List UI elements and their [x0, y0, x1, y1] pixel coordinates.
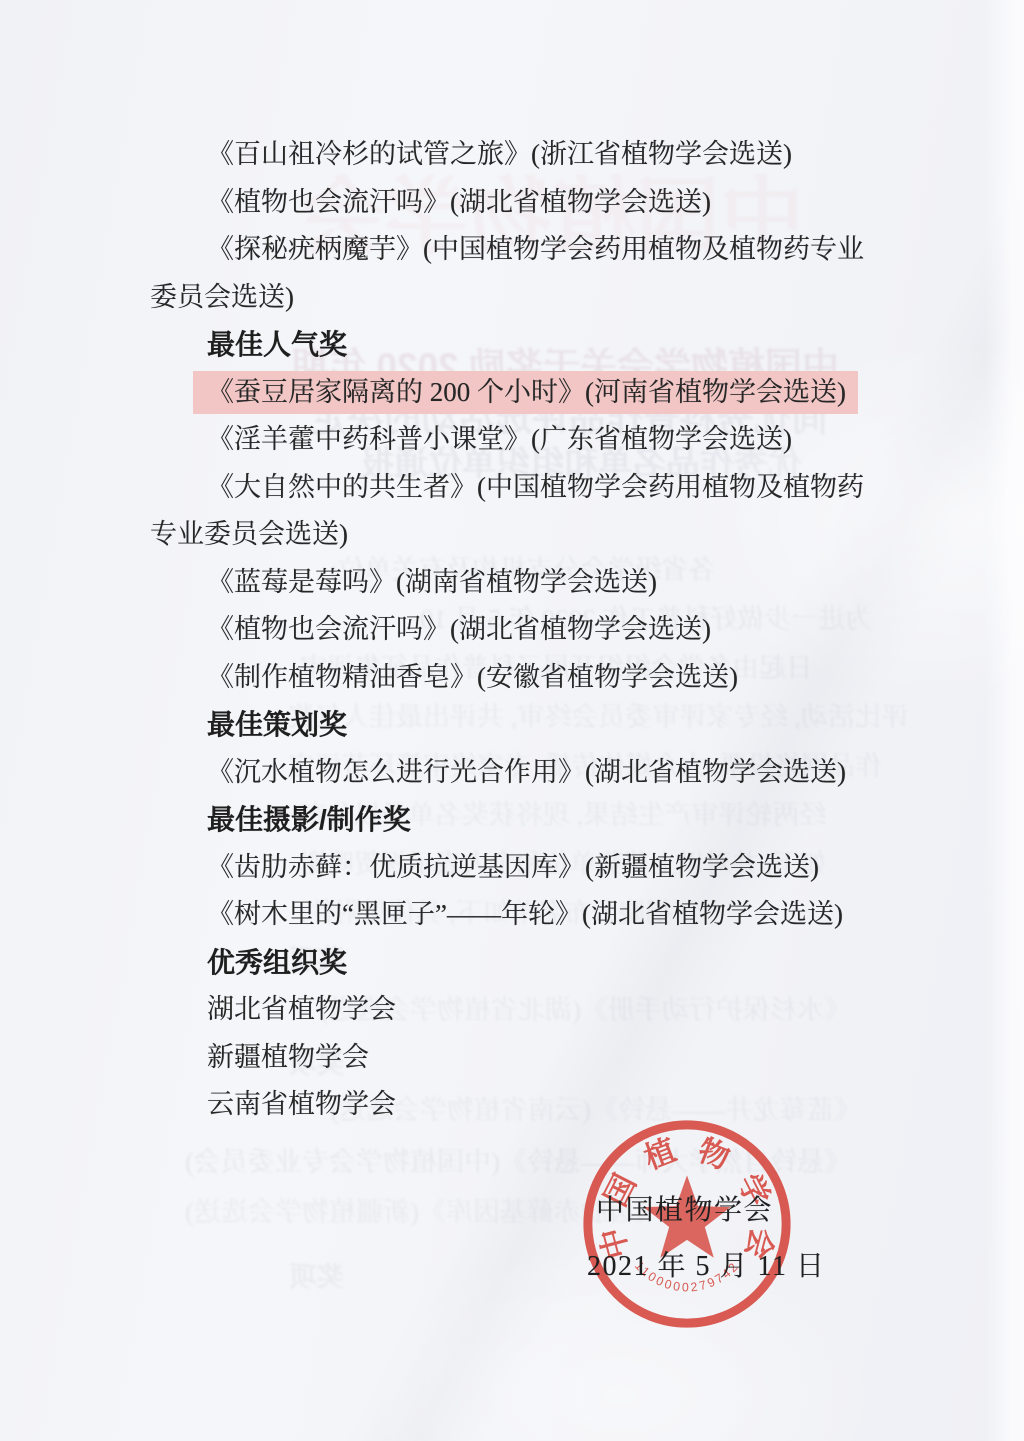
- award-entry-line: 《探秘疣柄魔芋》(中国植物学会药用植物及植物药专业: [150, 226, 880, 274]
- award-entry-line: 《淫羊藿中药科普小课堂》(广东省植物学会选送): [150, 416, 880, 464]
- award-entry-line: 《树木里的“黑匣子”——年轮》(湖北省植物学会选送): [150, 891, 880, 939]
- document-body: 《百山祖冷杉的试管之旅》(浙江省植物学会选送)《植物也会流汗吗》(湖北省植物学会…: [150, 131, 880, 1129]
- award-entry-line: 专业委员会选送): [150, 511, 880, 559]
- award-entry-line: 《植物也会流汗吗》(湖北省植物学会选送): [150, 179, 880, 227]
- award-entry-line: 《齿肋赤藓：优质抗逆基因库》(新疆植物学会选送): [150, 844, 880, 892]
- award-category-heading: 最佳人气奖: [150, 321, 880, 369]
- scanned-document-page: 中国植物学会中国植物学会关于奖励 2020 年期间优秀科普作品评选活动的决定优秀…: [0, 0, 1024, 1441]
- award-entry-line: 新疆植物学会: [150, 1034, 880, 1082]
- signature-date: 2021 年 5 月 11 日: [587, 1244, 825, 1284]
- award-entry-line: 《百山祖冷杉的试管之旅》(浙江省植物学会选送): [150, 131, 880, 179]
- signature-organization: 中国植物学会: [596, 1188, 773, 1228]
- award-entry-line: 《制作植物精油香皂》(安徽省植物学会选送): [150, 654, 880, 702]
- award-entry-line: 《大自然中的共生者》(中国植物学会药用植物及植物药: [150, 464, 880, 512]
- award-entry-line: 湖北省植物学会: [150, 986, 880, 1034]
- award-entry-line: 委员会选送): [150, 274, 880, 322]
- award-entry-line: 《植物也会流汗吗》(湖北省植物学会选送): [150, 606, 880, 654]
- award-category-heading: 优秀组织奖: [150, 939, 880, 987]
- bleedthrough-line: 奖项: [290, 1255, 344, 1294]
- award-category-heading: 最佳策划奖: [150, 701, 880, 749]
- award-entry-line: 《沉水植物怎么进行光合作用》(湖北省植物学会选送): [150, 749, 880, 797]
- award-category-heading: 最佳摄影/制作奖: [150, 796, 880, 844]
- award-entry-line: 《蚕豆居家隔离的 200 个小时》(河南省植物学会选送): [150, 369, 880, 417]
- award-entry-line: 《蓝莓是莓吗》(湖南省植物学会选送): [150, 559, 880, 607]
